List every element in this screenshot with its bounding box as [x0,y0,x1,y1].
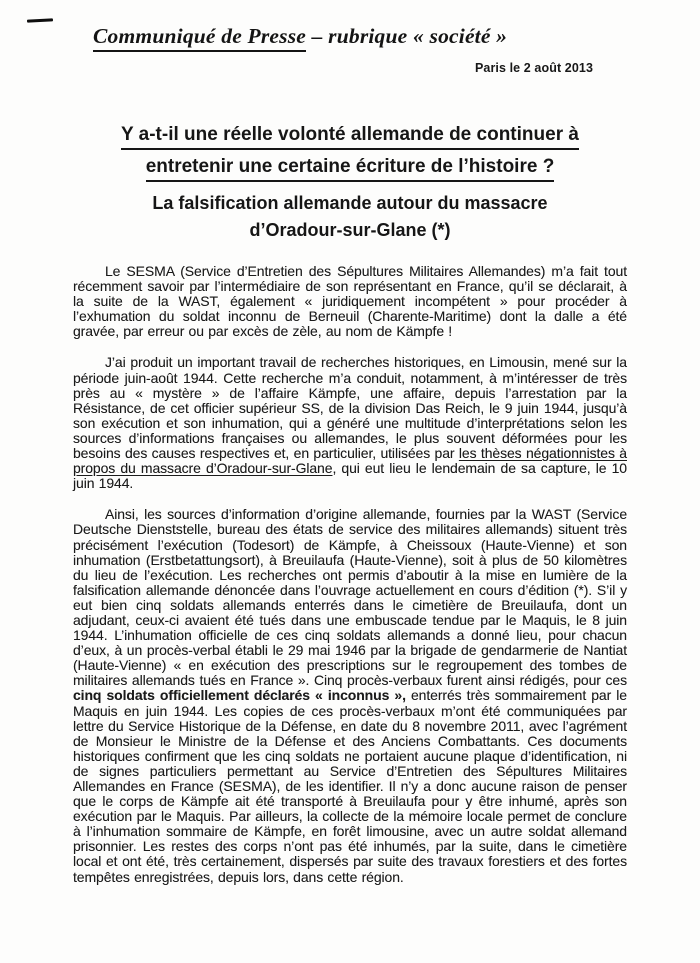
paragraph-1-text: Le SESMA (Service d’Entretien des Sépult… [73,263,627,339]
masthead: Communiqué de Presse – rubrique « sociét… [93,24,507,52]
paragraph-1: Le SESMA (Service d’Entretien des Sépult… [73,264,627,339]
masthead-title: Communiqué de Presse [93,24,306,52]
subtitle-line-2: d’Oradour-sur-Glane (*) [0,217,700,244]
body-text: Le SESMA (Service d’Entretien des Sépult… [73,264,627,901]
masthead-rubric: – rubrique « société » [306,24,507,48]
paragraph-3-text: Ainsi, les sources d’information d’origi… [73,506,627,688]
scan-artifact-dash [27,18,53,22]
paragraph-3-bold-phrase: cinq soldats officiellement déclarés « i… [73,687,406,703]
main-title-line-1: Y a-t-il une réelle volonté allemande de… [0,124,700,150]
subtitle: La falsification allemande autour du mas… [0,190,700,244]
paragraph-3: Ainsi, les sources d’information d’origi… [73,507,627,884]
main-title-line-2: entretenir une certaine écriture de l’hi… [0,156,700,182]
main-title: Y a-t-il une réelle volonté allemande de… [0,124,700,188]
press-release-page: Communiqué de Presse – rubrique « sociét… [0,0,700,963]
dateline: Paris le 2 août 2013 [475,61,593,75]
paragraph-3-text-end: enterrés très sommairement par le Maquis… [73,687,627,884]
subtitle-line-1: La falsification allemande autour du mas… [0,190,700,217]
paragraph-2: J’ai produit un important travail de rec… [73,355,627,491]
